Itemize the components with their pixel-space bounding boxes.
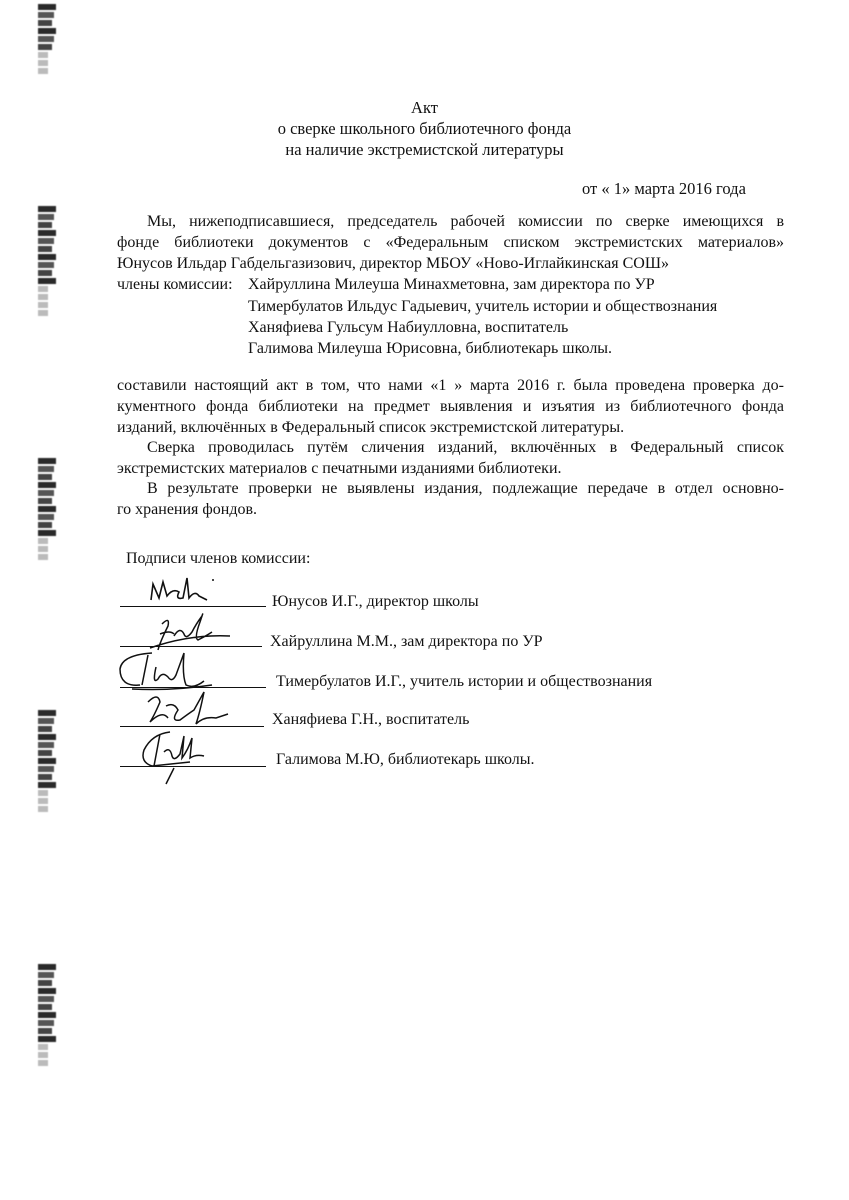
document-date: от « 1» марта 2016 года [582,178,746,199]
scan-artifact-5 [38,962,60,1068]
signature-1-name: Юнусов И.Г., директор школы [272,591,479,612]
member-1: Хайруллина Милеуша Минахметовна, зам дир… [248,274,655,295]
member-3: Ханяфиева Гульсум Набиулловна, воспитате… [248,317,568,338]
member-4: Галимова Милеуша Юрисовна, библиотекарь … [248,338,612,359]
member-2: Тимербулатов Ильдус Гадыевич, учитель ис… [248,296,717,317]
intro-paragraph: Мы, нижеподписавшиеся, председатель рабо… [117,211,784,274]
scan-artifact-4 [38,708,60,814]
paragraph-line: экстремистских материалов с печатными из… [117,458,784,479]
members-label: члены комиссии: [117,274,233,295]
signature-4-name: Ханяфиева Г.Н., воспитатель [272,709,469,730]
scan-artifact-2 [38,204,60,318]
intro-line: Мы, нижеподписавшиеся, председатель рабо… [117,211,784,232]
scan-artifact-1 [38,2,60,76]
signature-1-icon [145,574,225,608]
signature-5-icon [130,726,230,786]
paragraph-3: В результате проверки не выявлены издани… [117,478,784,520]
document-page: Акт о сверке школьного библиотечного фон… [0,0,849,1200]
paragraph-line: кументного фонда библиотеки на предмет в… [117,396,784,417]
paragraph-line: составили настоящий акт в том, что нами … [117,375,784,396]
scan-artifact-3 [38,456,60,562]
document-subtitle-line2: на наличие экстремистской литературы [0,140,849,160]
paragraph-line: Сверка проводилась путём сличения издани… [117,437,784,458]
document-subtitle-line1: о сверке школьного библиотечного фонда [0,119,849,139]
paragraph-2: Сверка проводилась путём сличения издани… [117,437,784,479]
document-title: Акт [0,98,849,118]
signature-2-name: Хайруллина М.М., зам директора по УР [270,631,543,652]
signatures-label: Подписи членов комиссии: [126,548,310,569]
signature-3-name: Тимербулатов И.Г., учитель истории и общ… [276,671,652,692]
paragraph-line: го хранения фондов. [117,499,784,520]
intro-line: Юнусов Ильдар Габдельгазизович, директор… [117,253,784,274]
signature-5-name: Галимова М.Ю, библиотекарь школы. [276,749,535,770]
intro-line: фонде библиотеки документов с «Федеральн… [117,232,784,253]
paragraph-line: В результате проверки не выявлены издани… [117,478,784,499]
paragraph-line: изданий, включённых в Федеральный список… [117,417,784,438]
paragraph-1: составили настоящий акт в том, что нами … [117,375,784,438]
